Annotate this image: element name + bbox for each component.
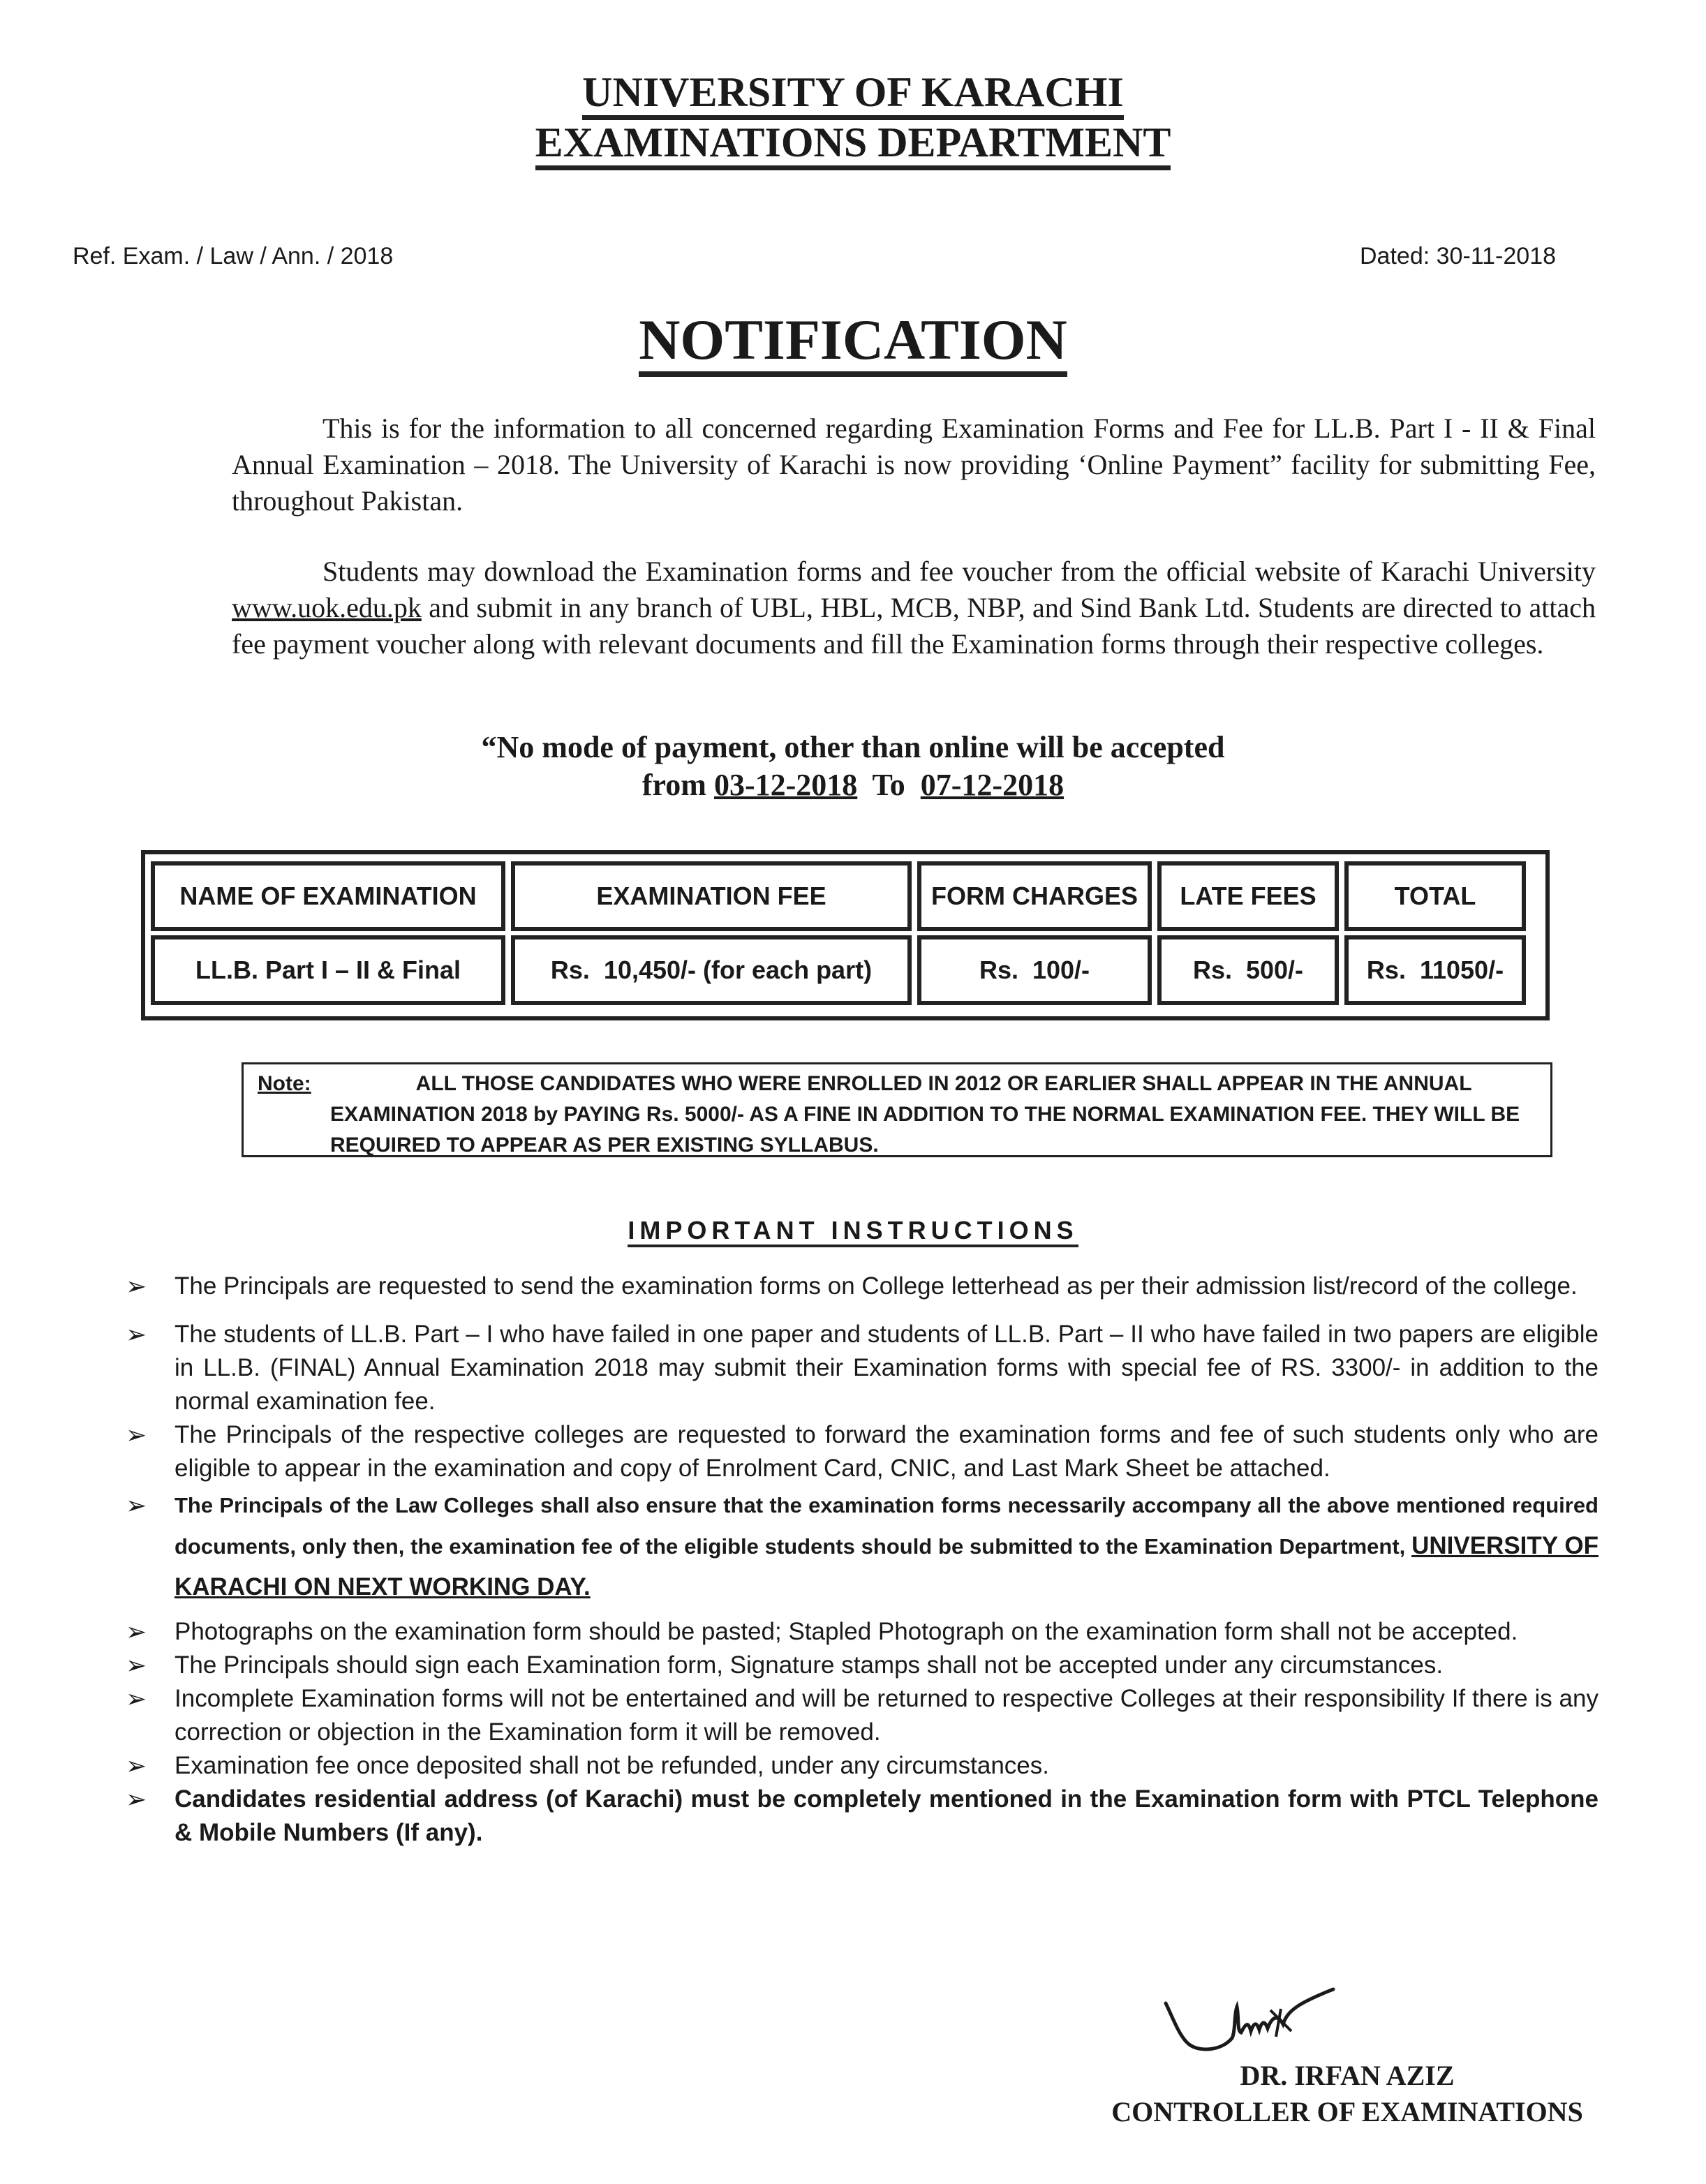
table-cell: Rs. 10,450/- (for each part) (511, 935, 912, 1005)
arrow-bullet-icon: ➢ (126, 1318, 147, 1351)
arrow-bullet-icon: ➢ (126, 1783, 147, 1816)
department-heading-text: EXAMINATIONS DEPARTMENT (535, 119, 1171, 170)
table-cell: LL.B. Part I – II & Final (151, 935, 505, 1005)
header-cell: EXAMINATION FEE (511, 861, 912, 931)
signatory-name: DR. IRFAN AZIZ (1033, 2059, 1661, 2092)
list-item: ➢Candidates residential address (of Kara… (126, 1783, 1599, 1850)
list-item: ➢The Principals of the respective colleg… (126, 1418, 1599, 1485)
payment-notice-line: “No mode of payment, other than online w… (0, 729, 1706, 766)
download-paragraph-text-2: and submit in any branch of UBL, HBL, MC… (232, 592, 1596, 660)
list-item: ➢Examination fee once deposited shall no… (126, 1749, 1599, 1783)
arrow-bullet-icon: ➢ (126, 1418, 147, 1452)
list-item: ➢The Principals should sign each Examina… (126, 1649, 1599, 1682)
list-item: ➢The Principals of the Law Colleges shal… (126, 1485, 1599, 1608)
signature-icon (1159, 1982, 1382, 2059)
note-text-continued: EXAMINATION 2018 by PAYING Rs. 5000/- AS… (258, 1099, 1536, 1161)
website-link[interactable]: www.uok.edu.pk (232, 592, 422, 623)
to-label: To (857, 768, 921, 802)
fee-table: NAME OF EXAMINATION EXAMINATION FEE FORM… (141, 850, 1550, 1020)
department-heading: EXAMINATIONS DEPARTMENT (0, 119, 1706, 167)
payment-notice: “No mode of payment, other than online w… (0, 729, 1706, 804)
header-cell: NAME OF EXAMINATION (151, 861, 505, 931)
payment-window: from 03-12-2018 To 07-12-2018 (0, 766, 1706, 804)
list-item-text: Incomplete Examination forms will not be… (175, 1685, 1599, 1746)
start-date: 03-12-2018 (714, 768, 857, 802)
list-item: ➢The Principals are requested to send th… (126, 1265, 1599, 1308)
list-item-text: The Principals should sign each Examinat… (175, 1651, 1443, 1679)
university-heading-text: UNIVERSITY OF KARACHI (582, 69, 1124, 120)
table-row: LL.B. Part I – II & Final Rs. 10,450/- (… (151, 935, 1540, 1005)
arrow-bullet-icon: ➢ (126, 1265, 147, 1308)
instructions-title-text: IMPORTANT INSTRUCTIONS (628, 1216, 1078, 1247)
list-item-text: Examination fee once deposited shall not… (175, 1752, 1049, 1779)
note-box: Note:ALL THOSE CANDIDATES WHO WERE ENROL… (242, 1062, 1552, 1157)
note-label: Note: (258, 1072, 311, 1095)
arrow-bullet-icon: ➢ (126, 1649, 147, 1682)
arrow-bullet-icon: ➢ (126, 1615, 147, 1649)
list-item: ➢Photographs on the examination form sho… (126, 1615, 1599, 1649)
list-item: ➢The students of LL.B. Part – I who have… (126, 1318, 1599, 1418)
list-item-text: The students of LL.B. Part – I who have … (175, 1321, 1599, 1415)
header-cell: FORM CHARGES (917, 861, 1152, 931)
note-text: ALL THOSE CANDIDATES WHO WERE ENROLLED I… (416, 1072, 1472, 1095)
from-label: from (642, 768, 714, 802)
instructions-list: ➢The Principals are requested to send th… (126, 1265, 1599, 1850)
header-cell: TOTAL (1344, 861, 1526, 931)
list-item-text: The Principals of the Law Colleges shall… (175, 1493, 1599, 1559)
table-cell: Rs. 100/- (917, 935, 1152, 1005)
download-paragraph: Students may download the Examination fo… (232, 554, 1596, 662)
reference-number: Ref. Exam. / Law / Ann. / 2018 (73, 243, 393, 270)
table-header-row: NAME OF EXAMINATION EXAMINATION FEE FORM… (151, 861, 1540, 931)
arrow-bullet-icon: ➢ (126, 1749, 147, 1783)
intro-paragraph: This is for the information to all conce… (232, 410, 1596, 519)
list-item-text: Photographs on the examination form shou… (175, 1618, 1518, 1645)
notification-title-text: NOTIFICATION (639, 308, 1067, 377)
table-cell: Rs. 500/- (1157, 935, 1339, 1005)
list-item-text: The Principals are requested to send the… (175, 1272, 1578, 1300)
university-heading: UNIVERSITY OF KARACHI (0, 68, 1706, 117)
list-item-text: Candidates residential address (of Karac… (175, 1785, 1599, 1846)
arrow-bullet-icon: ➢ (126, 1485, 147, 1526)
date: Dated: 30-11-2018 (1360, 243, 1556, 270)
signatory-designation: CONTROLLER OF EXAMINATIONS (1033, 2095, 1661, 2128)
header-cell: LATE FEES (1157, 861, 1339, 931)
download-paragraph-text: Students may download the Examination fo… (322, 556, 1596, 587)
end-date: 07-12-2018 (921, 768, 1064, 802)
instructions-title: IMPORTANT INSTRUCTIONS (0, 1216, 1706, 1245)
list-item: ➢Incomplete Examination forms will not b… (126, 1682, 1599, 1749)
table-cell: Rs. 11050/- (1344, 935, 1526, 1005)
arrow-bullet-icon: ➢ (126, 1682, 147, 1716)
notification-title: NOTIFICATION (0, 307, 1706, 373)
list-item-text: The Principals of the respective college… (175, 1421, 1599, 1482)
